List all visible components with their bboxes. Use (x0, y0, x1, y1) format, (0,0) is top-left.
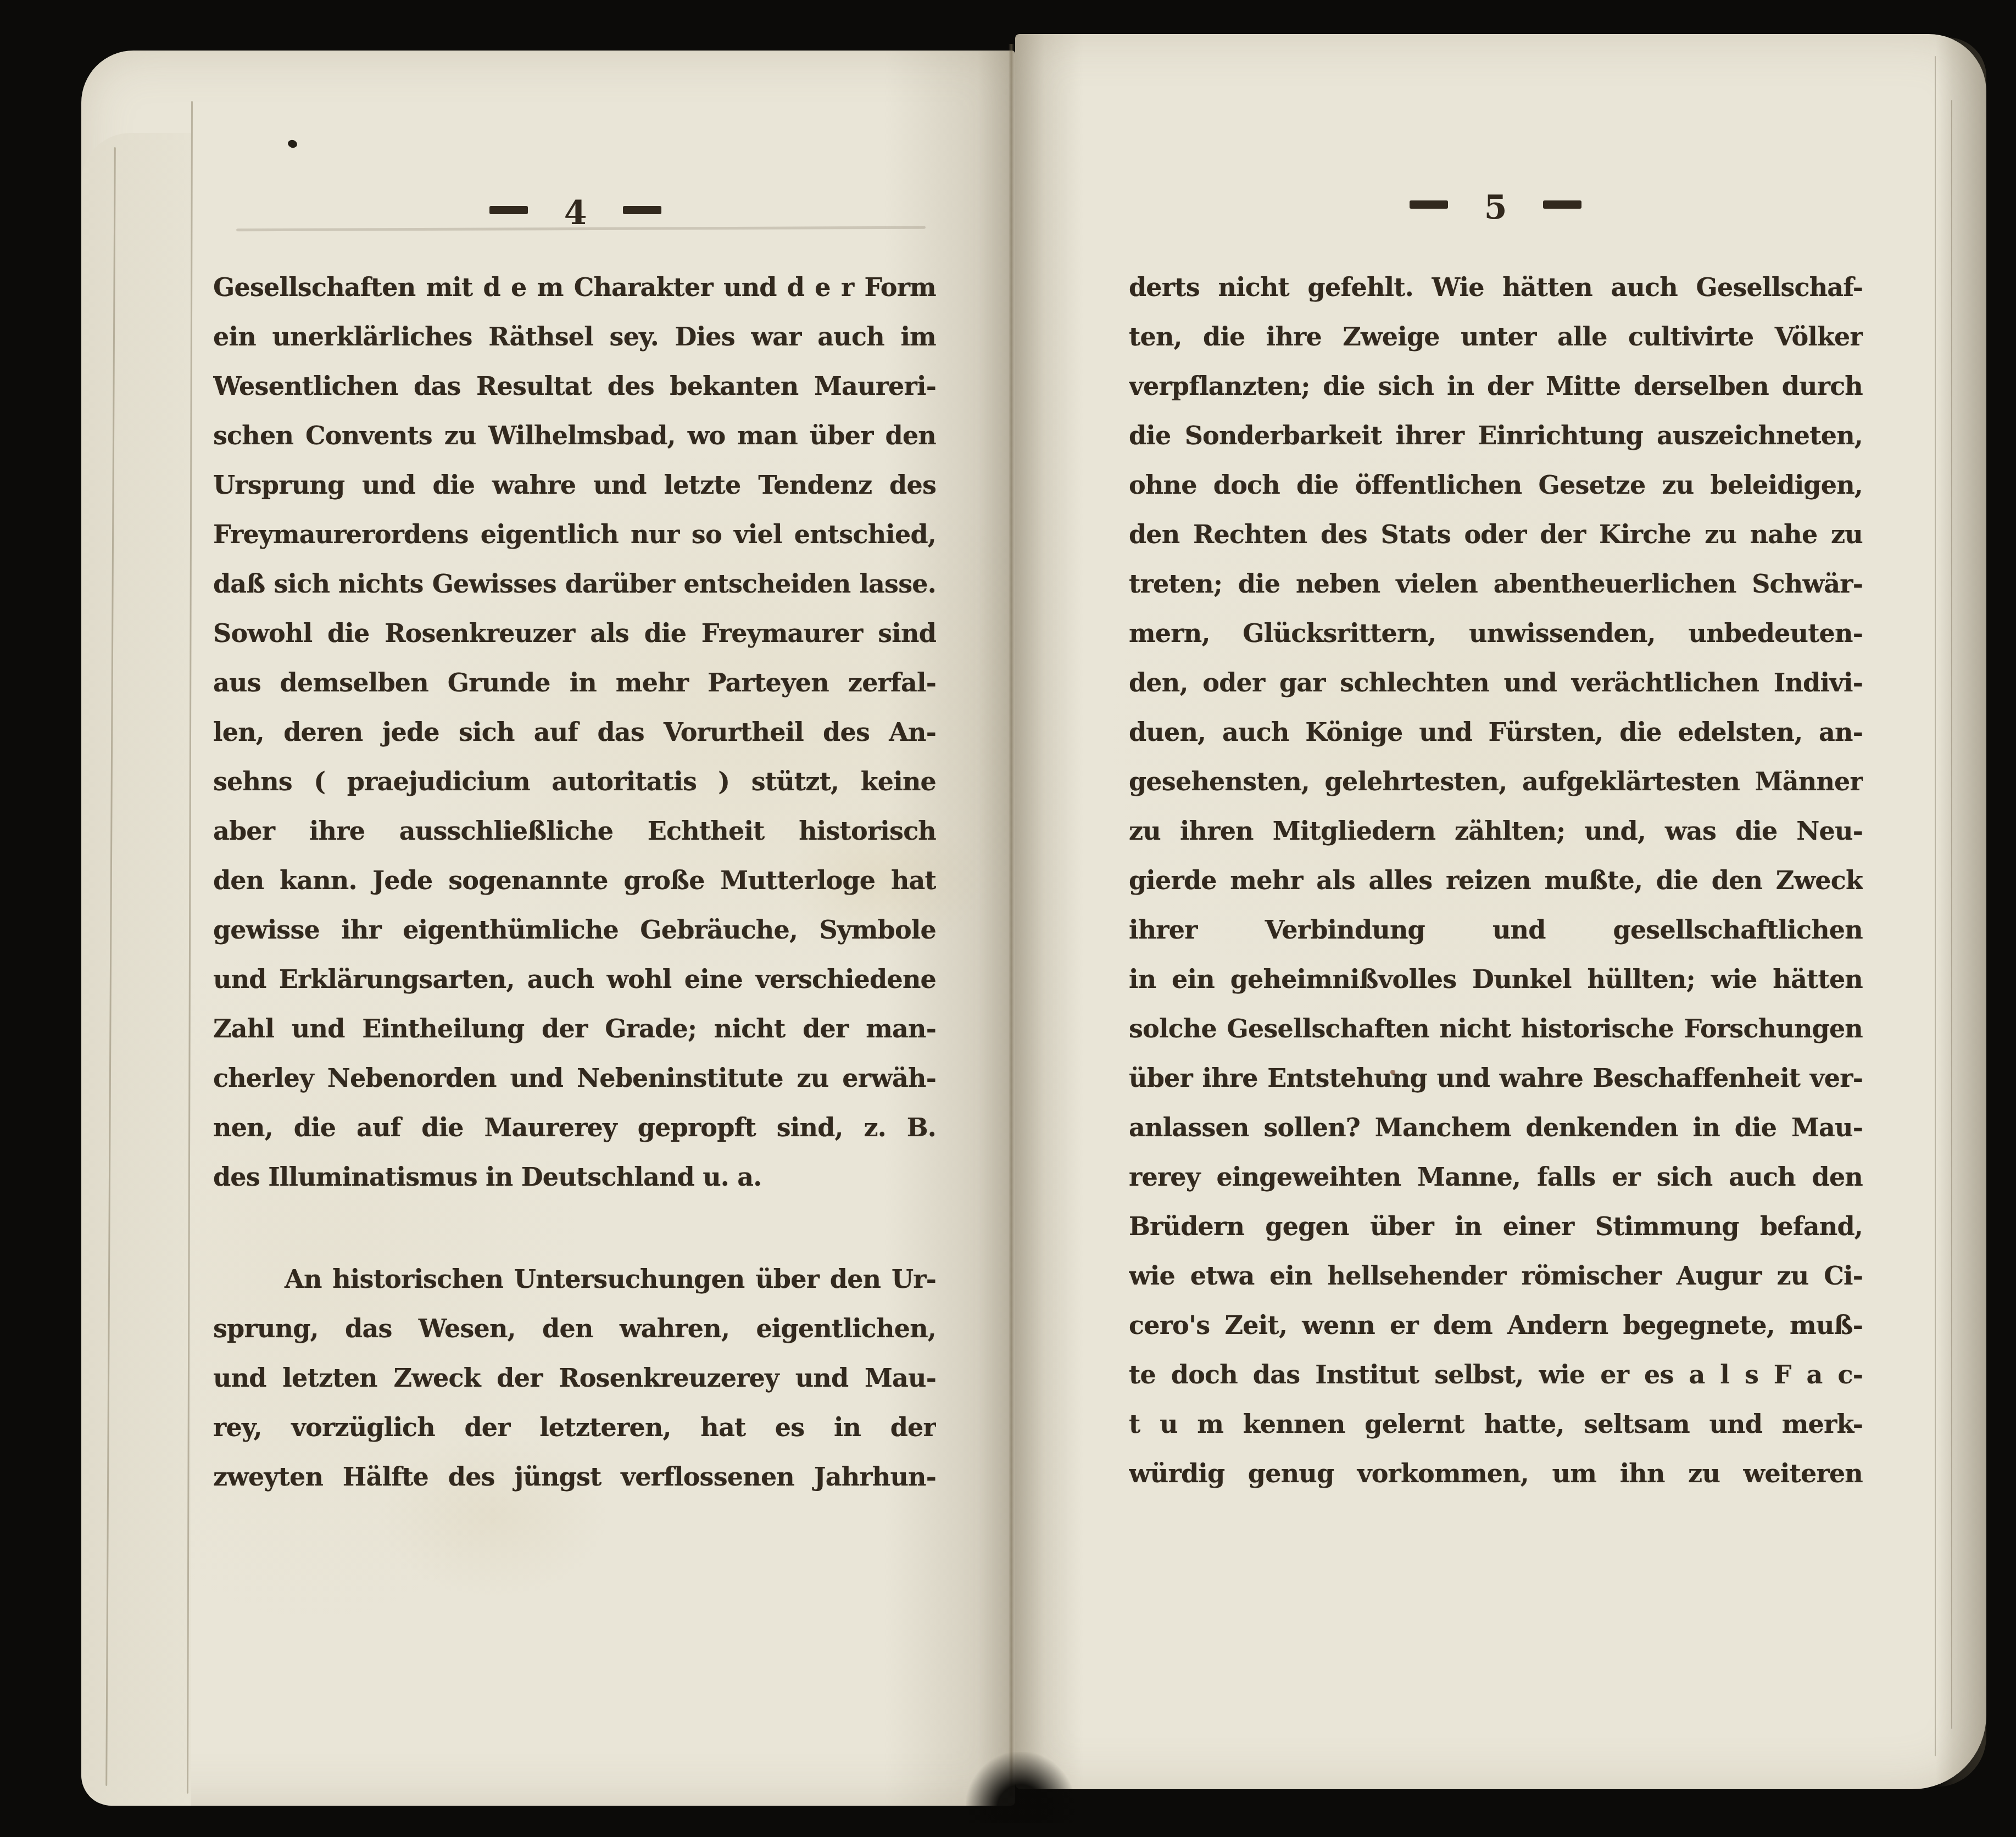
text-line: Zahl und Eintheilung der Grade; nicht de… (213, 1004, 936, 1053)
page-5-text: derts nicht gefehlt. Wie hätten auch Ges… (1129, 263, 1863, 1498)
text-line: solche Gesellschaften nicht historische … (1129, 1004, 1863, 1053)
text-line: gesehensten, gelehrtesten, aufgeklärtest… (1129, 757, 1863, 806)
text-line: duen, auch Könige und Fürsten, die edels… (1129, 707, 1863, 757)
gutter-crease (1009, 44, 1014, 1796)
text-line: die Sonderbarkeit ihrer Einrichtung ausz… (1129, 411, 1863, 460)
text-line: zweyten Hälfte des jüngst verflossenen J… (213, 1452, 936, 1501)
text-line: sehns ( praejudicium autoritatis ) stütz… (213, 757, 936, 806)
page-number-left: 4 (564, 197, 587, 230)
text-line: schen Convents zu Wilhelmsbad, wo man üb… (213, 411, 936, 460)
text-line: verpflanzten; die sich in der Mitte ders… (1129, 361, 1863, 411)
text-line: cherley Nebenorden und Nebeninstitute zu… (213, 1053, 936, 1103)
text-line: Sowohl die Rosenkreuzer als die Freymaur… (213, 608, 936, 658)
text-line: len, deren jede sich auf das Vorurtheil … (213, 707, 936, 757)
text-line: in ein geheimnißvolles Dunkel hüllten; w… (1129, 954, 1863, 1004)
page-stack-edge-line (1951, 100, 1952, 1729)
page-number-right: 5 (1484, 191, 1507, 224)
text-line: wie etwa ein hellsehender römischer Augu… (1129, 1251, 1863, 1300)
text-line: und Erklärungsarten, auch wohl eine vers… (213, 954, 936, 1004)
header-dash (623, 206, 661, 214)
header-dash (1410, 200, 1448, 209)
text-line: den Rechten des Stats oder der Kirche zu… (1129, 510, 1863, 559)
header-dash (1543, 200, 1581, 209)
text-line: gewisse ihr eigenthümliche Gebräuche, Sy… (213, 905, 936, 954)
text-line: zu ihren Mitgliedern zählten; und, was d… (1129, 806, 1863, 856)
text-line: rerey eingeweihten Manne, falls er sich … (1129, 1152, 1863, 1202)
text-line: rey, vorzüglich der letzteren, hat es in… (213, 1403, 936, 1452)
text-line: sprung, das Wesen, den wahren, eigentlic… (213, 1304, 936, 1353)
text-line: An historischen Untersuchungen über den … (213, 1254, 936, 1304)
text-line: Gesellschaften mit d e m Charakter und d… (213, 263, 936, 312)
text-line: gierde mehr als alles reizen mußte, die … (1129, 856, 1863, 905)
page-stack-edge-band (1936, 37, 1986, 1787)
header-dash (489, 206, 528, 214)
text-line: mern, Glücksrittern, unwissenden, unbede… (1129, 608, 1863, 658)
text-line: ein unerklärliches Räthsel sey. Dies war… (213, 312, 936, 361)
paragraph: An historischen Untersuchungen über den … (213, 1254, 936, 1501)
page-4-header: 4 (214, 193, 937, 226)
text-line: ten, die ihre Zweige unter alle cultivir… (1129, 312, 1863, 361)
text-line: nen, die auf die Maurerey gepropft sind,… (213, 1103, 936, 1152)
gutter-shadow-notch (966, 1752, 1076, 1823)
text-line: Ursprung und die wahre und letzte Tenden… (213, 460, 936, 510)
ink-speck (1390, 1070, 1395, 1075)
text-line: ihrer Verbindung und gesellschaftlichen … (1129, 905, 1863, 954)
text-line: treten; die neben vielen abentheuerliche… (1129, 559, 1863, 608)
text-line: aber ihre ausschließliche Echtheit histo… (213, 806, 936, 856)
text-line: Wesentlichen das Resultat des bekanten M… (213, 361, 936, 411)
text-line: über ihre Entstehung und wahre Beschaffe… (1129, 1053, 1863, 1103)
text-line: ohne doch die öffentlichen Gesetze zu be… (1129, 460, 1863, 510)
text-line: und letzten Zweck der Rosenkreuzerey und… (213, 1353, 936, 1403)
paragraph: derts nicht gefehlt. Wie hätten auch Ges… (1129, 263, 1863, 1498)
text-line: des Illuminatismus in Deutschland u. a. (213, 1152, 936, 1202)
text-line: cero's Zeit, wenn er dem Andern begegnet… (1129, 1300, 1863, 1350)
text-line: anlassen sollen? Manchem denkenden in di… (1129, 1103, 1863, 1152)
text-line: den, oder gar schlechten und verächtlich… (1129, 658, 1863, 707)
text-line: den kann. Jede sogenannte große Mutterlo… (213, 856, 936, 905)
text-line: derts nicht gefehlt. Wie hätten auch Ges… (1129, 263, 1863, 312)
text-line: aus demselben Grunde in mehr Parteyen ze… (213, 658, 936, 707)
text-line: Brüdern gegen über in einer Stimmung bef… (1129, 1202, 1863, 1251)
text-line: Freymaurerordens eigentlich nur so viel … (213, 510, 936, 559)
page-4-text: Gesellschaften mit d e m Charakter und d… (213, 263, 936, 1501)
underlying-page-edge (81, 133, 191, 1806)
text-line: daß sich nichts Gewisses darüber entsche… (213, 559, 936, 608)
text-line: würdig genug vorkommen, um ihn zu weiter… (1129, 1449, 1863, 1498)
paragraph: Gesellschaften mit d e m Charakter und d… (213, 263, 936, 1202)
text-line: t u m kennen gelernt hatte, seltsam und … (1129, 1399, 1863, 1449)
text-line: te doch das Institut selbst, wie er es a… (1129, 1350, 1863, 1399)
page-stack-edge-line (1935, 56, 1936, 1756)
book-spread-photo: 4 5 Gesellschaften mit d e m Charakter u… (0, 0, 2016, 1837)
page-5-header: 5 (1129, 188, 1862, 221)
